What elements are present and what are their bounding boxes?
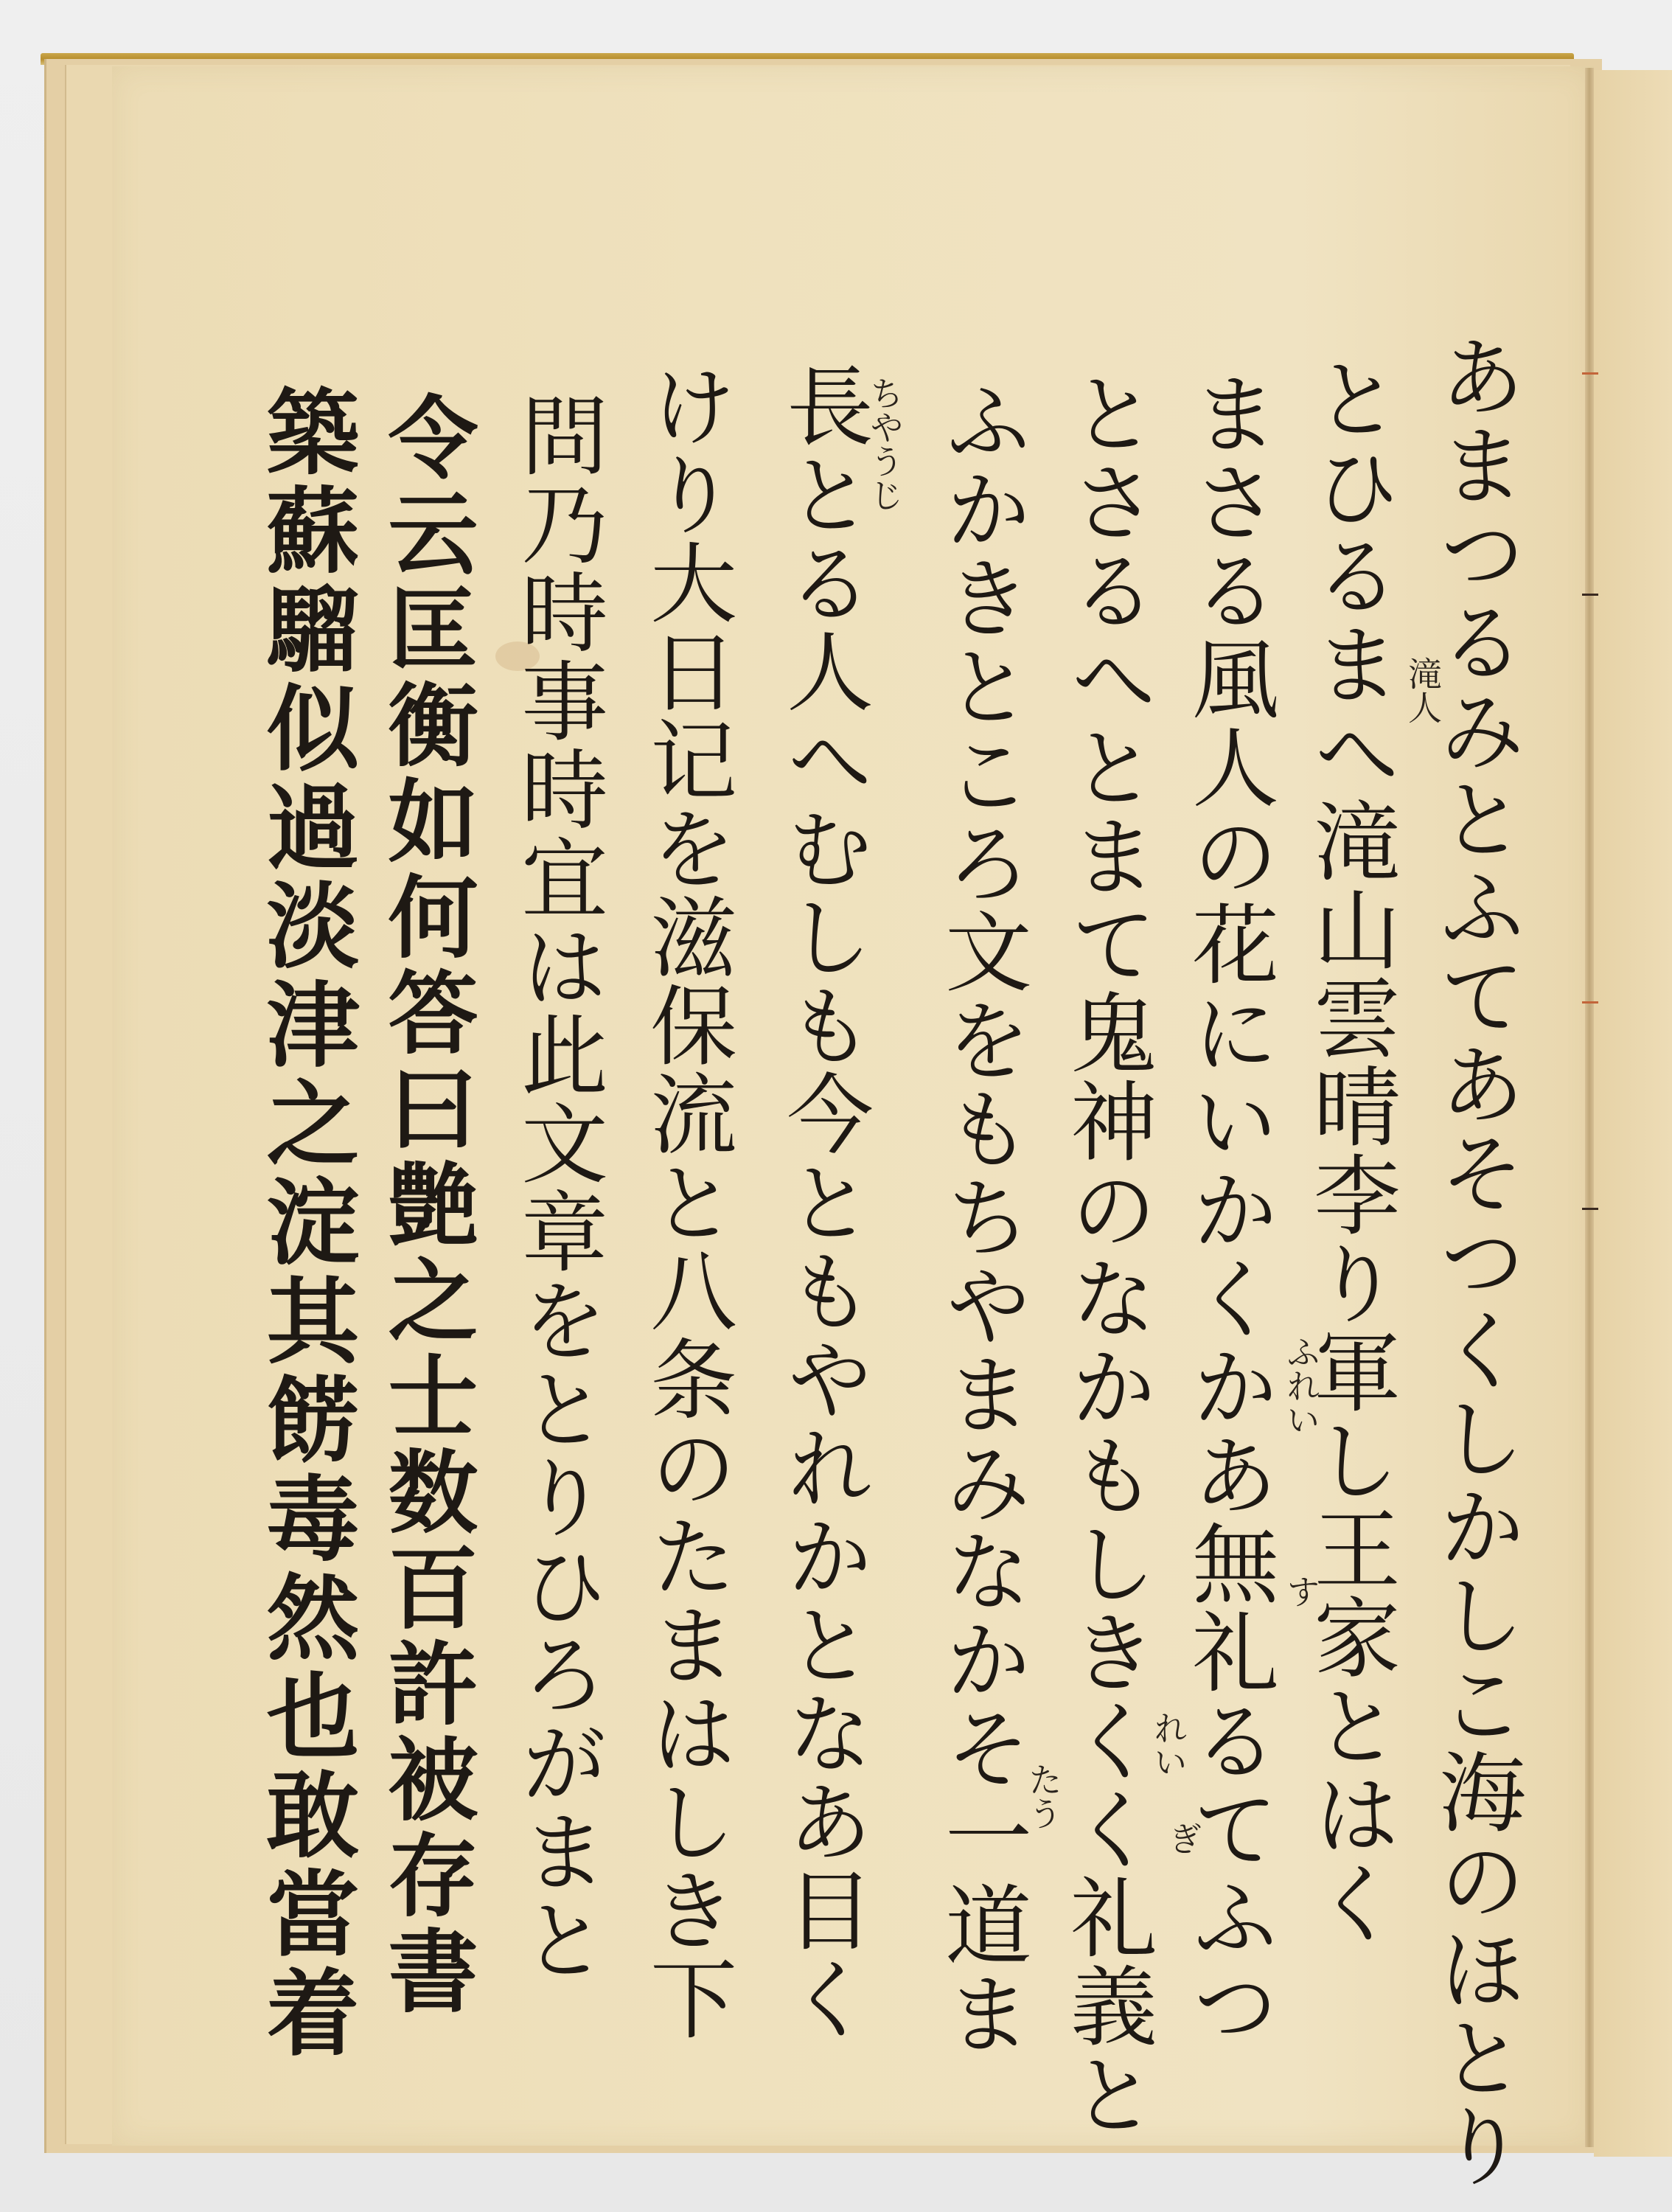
text-column-2: とひるまへ滝山雲晴李り軍し王家とはく (1306, 354, 1393, 1947)
gloss-takito: 滝人 (1406, 656, 1440, 724)
text-column-8: 問乃時事時宜は此文章をとりひろがまと (514, 391, 601, 1983)
text-column-4: とさるへとまて鬼神のなかもしきくく礼義と (1063, 369, 1150, 2138)
gloss-gi: ぎ (1166, 1821, 1200, 1855)
text-column-7: けり大日记を滋保流と八条のたまはしき下 (643, 361, 730, 2042)
gloss-furei: ふれい (1284, 1335, 1318, 1436)
text-column-1: あまつるみとふてあそつくしかしこ海のほとり (1432, 332, 1519, 2190)
binding-hole-mark (1582, 1208, 1598, 1210)
gloss-tau: たう (1026, 1762, 1060, 1830)
binding-thread-mark (1582, 1001, 1598, 1004)
text-column-5: ふかきところ文をもちやまみなかそ一道ま (938, 376, 1025, 2057)
facing-page-edge (1594, 70, 1672, 2157)
gloss-chauji: ちやうじ (868, 376, 902, 512)
text-column-6: 長とる人へむしも今ともやれかとなあ目く (779, 361, 866, 2042)
binding-hole-mark (1582, 594, 1598, 596)
manuscript-page: あまつるみとふてあそつくしかしこ海のほとり とひるまへ滝山雲晴李り軍し王家とはく… (112, 66, 1594, 2146)
text-column-3: まさる風人の花にいかくかあ無礼るてふつ (1185, 369, 1272, 2050)
text-column-10: 築蘇騮似過淡津之淀其餝毒然也敢當着 (259, 383, 352, 2063)
gloss-rei: れい (1152, 1711, 1185, 1778)
gloss-su: す (1284, 1574, 1318, 1608)
text-column-9: 令云匡衡如何答曰艶之士数百許被存書 (381, 391, 471, 2020)
binding-thread-mark (1582, 372, 1598, 375)
book-gutter (1585, 68, 1594, 2147)
